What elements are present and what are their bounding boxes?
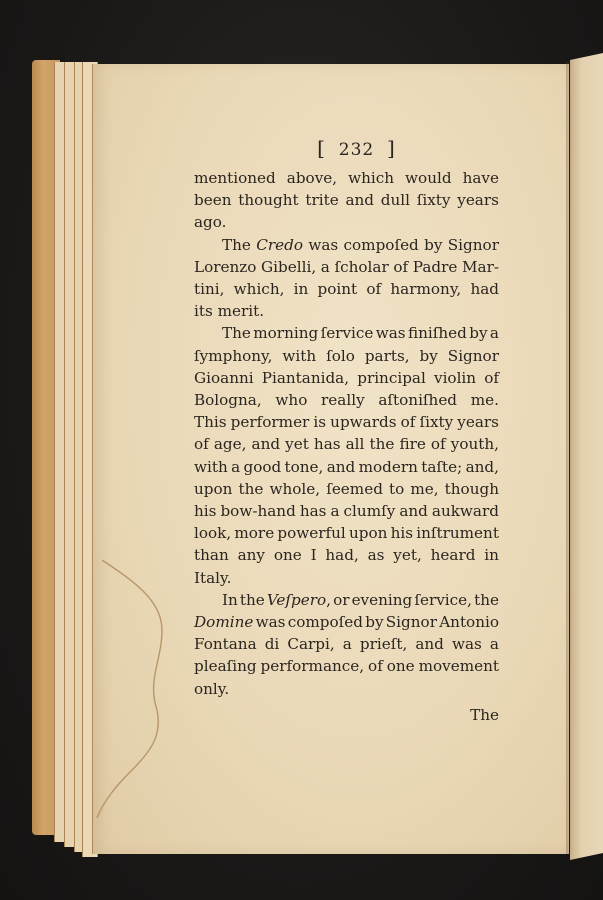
text-line: hisbow-handhasaclumſyandaukward <box>194 500 499 522</box>
text-line: Italy. <box>194 567 499 589</box>
text-line: FontanadiCarpi,aprieſt,andwasa <box>194 633 499 655</box>
text-line: look,morepowerfuluponhisinſtrument <box>194 522 499 544</box>
text-line: withagoodtone,andmoderntaſte;and, <box>194 456 499 478</box>
text-line: GioanniPiantanida,principalviolinof <box>194 367 499 389</box>
text-line: tini,which,inpointofharmony,had <box>194 278 499 300</box>
page-text: [ 232 ] mentionedabove,whichwouldhave be… <box>194 137 499 726</box>
paragraph-4: IntheVeſpero,oreveningſervice,the Domine… <box>194 589 499 700</box>
text-line: uponthewhole,ſeemedtome,though <box>194 478 499 500</box>
page-number: [ 232 ] <box>214 137 499 161</box>
text-line-italic: TheCredowascompoſedbySignor <box>194 234 499 256</box>
text-line-italic: DominewascompoſedbySignorAntonio <box>194 611 499 633</box>
text-line: ofage,andyethasallthefireofyouth, <box>194 433 499 455</box>
text-line: pleaſingperformance,ofonemovement <box>194 655 499 677</box>
text-line-italic: IntheVeſpero,oreveningſervice,the <box>194 589 499 611</box>
paragraph-1: mentionedabove,whichwouldhave beenthough… <box>194 167 499 234</box>
text-line: beenthoughttriteanddullſixtyyears <box>194 189 499 211</box>
text-line: Themorningſervicewasfiniſhedbya <box>194 322 499 344</box>
text-line: its merit. <box>194 300 499 322</box>
text-line: ſymphony,withſoloparts,bySignor <box>194 345 499 367</box>
text-line: LorenzoGibelli,aſcholarofPadreMar- <box>194 256 499 278</box>
text-line: ago. <box>194 211 499 233</box>
page-gutter-shadow <box>566 62 572 854</box>
text-line: Thisperformerisupwardsofſixtyyears <box>194 411 499 433</box>
catchword: The <box>194 704 499 726</box>
paragraph-2: TheCredowascompoſedbySignor LorenzoGibel… <box>194 234 499 323</box>
facing-page-edge <box>570 51 603 860</box>
text-line: thananyoneIhad,asyet,heardin <box>194 544 499 566</box>
text-line: only. <box>194 678 499 700</box>
paragraph-3: Themorningſervicewasfiniſhedbya ſymphony… <box>194 322 499 588</box>
page-number-value: 232 <box>339 140 374 160</box>
text-line: mentionedabove,whichwouldhave <box>194 167 499 189</box>
text-line: Bologna,whoreallyaſtoniſhedme. <box>194 389 499 411</box>
